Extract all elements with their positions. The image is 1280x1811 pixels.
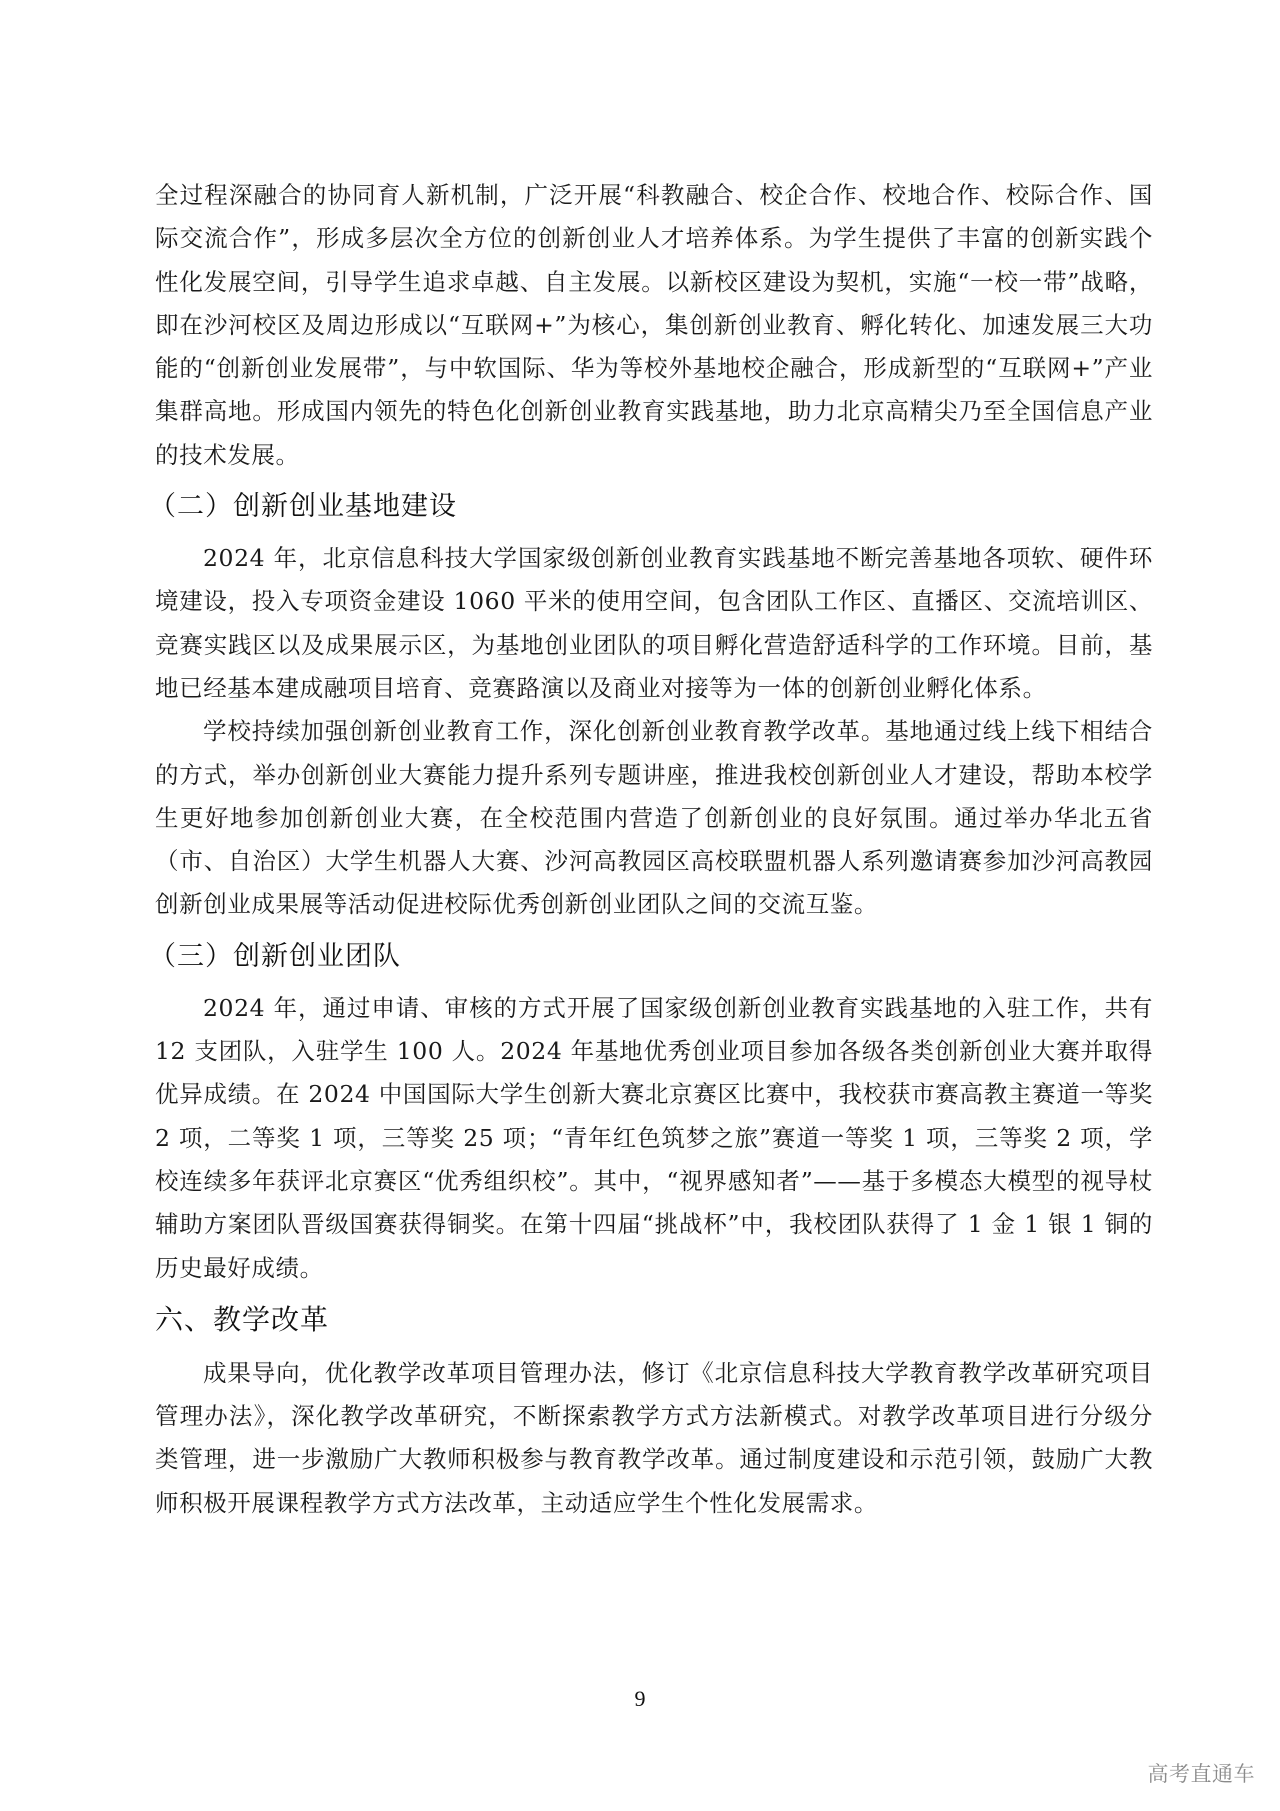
paragraph-base-construction: 2024 年，北京信息科技大学国家级创新创业教育实践基地不断完善基地各项软、硬件… <box>155 537 1153 710</box>
section-heading-teaching-reform: 六、教学改革 <box>155 1294 1153 1346</box>
section-heading-base-construction: （二）创新创业基地建设 <box>149 481 1153 533</box>
section-heading-teams: （三）创新创业团队 <box>149 931 1153 983</box>
paragraph-education-work: 学校持续加强创新创业教育工作，深化创新创业教育教学改革。基地通过线上线下相结合的… <box>155 710 1153 926</box>
paragraph-continuation: 全过程深融合的协同育人新机制，广泛开展“科教融合、校企合作、校地合作、校际合作、… <box>155 174 1153 477</box>
document-page: 全过程深融合的协同育人新机制，广泛开展“科教融合、校企合作、校地合作、校际合作、… <box>155 174 1153 1525</box>
watermark-text: 高考直通车 <box>1148 1758 1256 1788</box>
paragraph-teams: 2024 年，通过申请、审核的方式开展了国家级创新创业教育实践基地的入驻工作，共… <box>155 987 1153 1290</box>
paragraph-teaching-reform: 成果导向，优化教学改革项目管理办法，修订《北京信息科技大学教育教学改革研究项目管… <box>155 1352 1153 1525</box>
page-number: 9 <box>0 1686 1280 1712</box>
